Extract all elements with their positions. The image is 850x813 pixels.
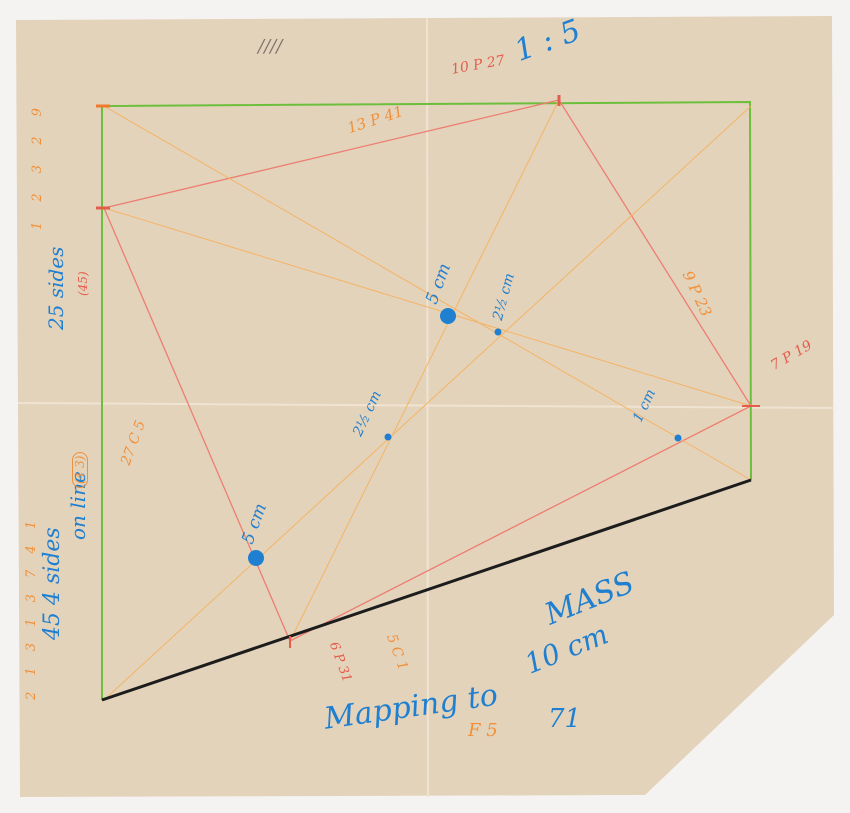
artwork-canvas: //// 10 P 27 1 : 5 13 P 41 9 P 23 7 P 19… [0, 0, 850, 813]
left-margin-circled: (4 3) [72, 452, 88, 488]
dot-2half-center [495, 329, 502, 336]
left-margin-red-note: (45) [76, 271, 90, 296]
year-note: 71 [548, 704, 581, 734]
dot-5cm-center [440, 308, 456, 324]
left-margin-numbers-top: 1 2 3 2 9 [30, 100, 45, 230]
dot-1cm-right [675, 435, 682, 442]
bottom-orange-small: F 5 [468, 720, 498, 741]
left-margin-numbers-bottom: 2 1 3 1 3 7 4 1 [24, 515, 39, 700]
dot-2half-left [385, 434, 392, 441]
dot-5cm-lower-left [248, 550, 264, 566]
fold-line-vertical [427, 18, 428, 797]
top-graphite-marks: //// [258, 36, 282, 57]
left-margin-45-sides: 45 4 sides [40, 527, 65, 640]
left-margin-sides-note: 25 sides [44, 247, 68, 330]
